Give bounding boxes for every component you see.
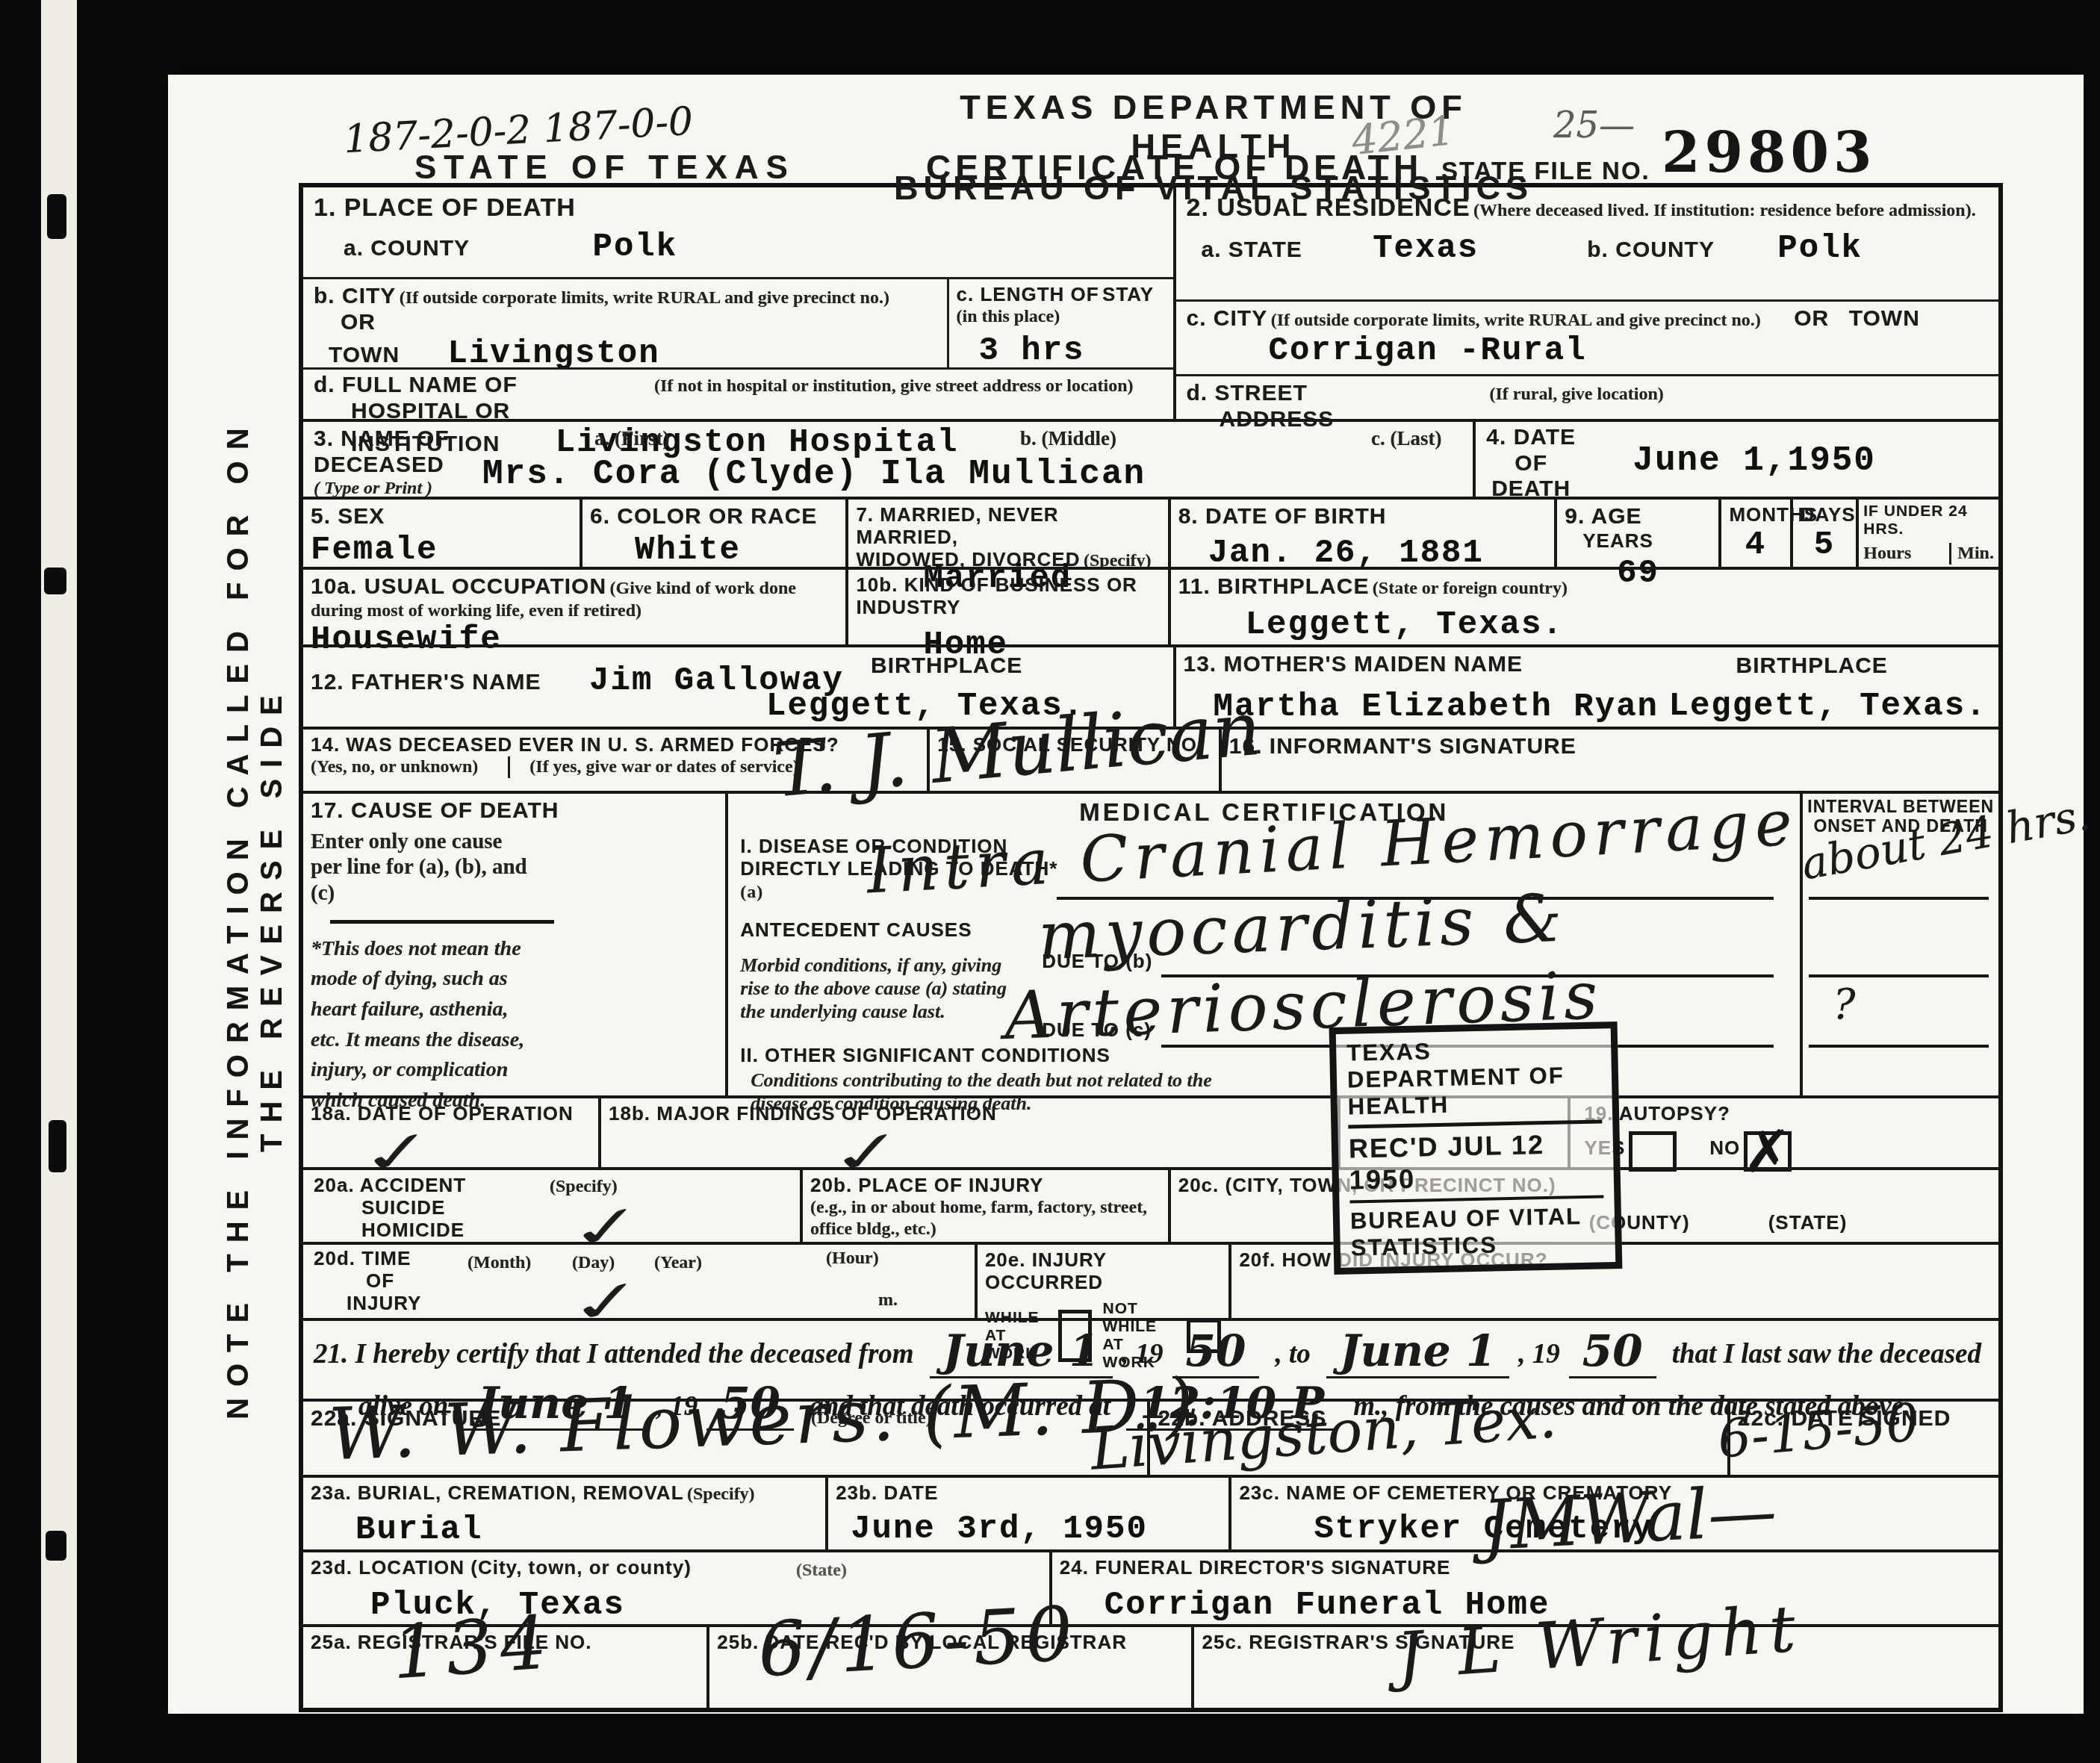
s1-hospital-label: d. FULL NAME OF bbox=[314, 373, 518, 397]
section-date-of-birth: 8. DATE OF BIRTH Jan. 26, 1881 bbox=[1168, 500, 1555, 567]
section-place-of-death: 1. PLACE OF DEATH a. COUNTY Polk b. CITY… bbox=[303, 187, 1173, 419]
s20d-hour: (Hour) bbox=[826, 1248, 879, 1269]
s11-value: Leggett, Texas. bbox=[1246, 606, 1991, 644]
s2-state-value: Texas bbox=[1373, 230, 1479, 267]
s9-days-label: DAYS bbox=[1801, 504, 1849, 526]
registrar-date-handwriting: 6/16-50 bbox=[756, 1590, 1079, 1694]
s20d-day: (Day) bbox=[572, 1252, 615, 1274]
section-marital-status: 7. MARRIED, NEVER MARRIED, WIDOWED, DIVO… bbox=[845, 500, 1167, 567]
s23a-label: 23a. BURIAL, CREMATION, REMOVAL bbox=[311, 1481, 684, 1504]
scan-artifact bbox=[47, 194, 66, 239]
received-stamp: TEXAS DEPARTMENT OF HEALTH REC'D JUL 12 … bbox=[1329, 1022, 1623, 1275]
s23a-value: Burial bbox=[355, 1511, 818, 1549]
section-injury-occurred: 20e. INJURY OCCURRED WHILE AT WORK NOT W… bbox=[975, 1245, 1229, 1318]
section-time-of-injury: 20d. TIME OF INJURY (Month) (Day) (Year)… bbox=[303, 1245, 975, 1318]
scan-artifact bbox=[49, 1120, 66, 1172]
s17-sub: Enter only one cause per line for (a), (… bbox=[311, 829, 535, 907]
s20a-label1: 20a. ACCIDENT bbox=[314, 1175, 466, 1197]
s9-days-value: 5 bbox=[1801, 526, 1849, 564]
s1-stay-label: c. LENGTH OF bbox=[957, 283, 1099, 305]
section-usual-residence: 2. USUAL RESIDENCE (Where deceased lived… bbox=[1173, 187, 1998, 419]
s1-city-label: b. CITY bbox=[314, 284, 396, 308]
scan-edge-strip bbox=[41, 0, 77, 1763]
s23b-value: June 3rd, 1950 bbox=[851, 1511, 1221, 1548]
s1-county-label: a. COUNTY bbox=[344, 236, 470, 261]
section-accident-suicide: 20a. ACCIDENT SUICIDE HOMICIDE (Specify)… bbox=[303, 1170, 800, 1242]
s9-months-label: MONTHS bbox=[1729, 504, 1782, 526]
s11-note: (State or foreign country) bbox=[1373, 579, 1568, 598]
s20d-label: 20d. TIME bbox=[314, 1248, 421, 1270]
s20a-label2: SUICIDE bbox=[361, 1197, 466, 1219]
s13-birthplace-label: BIRTHPLACE bbox=[1736, 653, 1888, 680]
s17-antecedent-note: Morbid conditions, if any, giving rise t… bbox=[740, 954, 1031, 1024]
s1-stay-note: (in this place) bbox=[957, 307, 1060, 326]
section-occupation: 10a. USUAL OCCUPATION (Give kind of work… bbox=[303, 570, 845, 644]
section-sex: 5. SEX Female bbox=[303, 500, 580, 567]
s1-hospital-note: (If not in hospital or institution, give… bbox=[654, 376, 1134, 397]
section-informant: 16. INFORMANT'S SIGNATURE bbox=[1219, 730, 1998, 791]
s4-label: 4. DATE bbox=[1486, 425, 1576, 451]
s4-label2: OF bbox=[1486, 451, 1576, 477]
s10b-label: 10b. KIND OF BUSINESS OR INDUSTRY bbox=[856, 574, 1160, 619]
s13-label: 13. MOTHER'S MAIDEN NAME bbox=[1184, 652, 1523, 677]
section-burial-date: 23b. DATE June 3rd, 1950 bbox=[825, 1478, 1228, 1549]
s20a-label3: HOMICIDE bbox=[361, 1219, 466, 1242]
s4-value: June 1,1950 bbox=[1633, 441, 1876, 480]
autopsy-yes-checkbox bbox=[1629, 1131, 1677, 1172]
section-color-race: 6. COLOR OR RACE White bbox=[580, 500, 845, 567]
section-mother: 13. MOTHER'S MAIDEN NAME BIRTHPLACE Mart… bbox=[1173, 647, 1998, 727]
s13-birthplace-value: Leggett, Texas. bbox=[1669, 688, 1987, 725]
s9-years-label: YEARS bbox=[1582, 529, 1653, 552]
registrar-file-no-handwriting: 134 bbox=[389, 1600, 556, 1697]
s2-city-value: Corrigan -Rural bbox=[1269, 332, 1587, 370]
s8-label: 8. DATE OF BIRTH bbox=[1178, 504, 1547, 530]
stamp-line3: BUREAU OF VITAL STATISTICS bbox=[1349, 1195, 1605, 1261]
section-age-months: MONTHS 4 bbox=[1718, 500, 1789, 567]
s20d-label2: OF bbox=[366, 1270, 421, 1293]
section-autopsy: 19. AUTOPSY? YES NO ✗ bbox=[1568, 1098, 1998, 1167]
s9-months-value: 4 bbox=[1729, 526, 1782, 564]
section-name-of-deceased: 3. NAME OF DECEASED ( Type or Print ) a.… bbox=[303, 422, 1473, 497]
s5-value: Female bbox=[311, 532, 572, 569]
s19-no-label: NO bbox=[1709, 1137, 1740, 1159]
s1-title: 1. PLACE OF DEATH bbox=[314, 193, 576, 222]
s1-stay-value: 3 hrs bbox=[979, 332, 1166, 370]
s20d-label3: INJURY bbox=[347, 1293, 421, 1315]
s17-label: 17. CAUSE OF DEATH bbox=[311, 798, 718, 824]
s1-city-note: (If outside corporate limits, write RURA… bbox=[400, 288, 889, 308]
s12-label: 12. FATHER'S NAME bbox=[311, 670, 541, 694]
s8-value: Jan. 26, 1881 bbox=[1208, 535, 1547, 572]
s6-label: 6. COLOR OR RACE bbox=[590, 504, 838, 530]
s20e-label: 20e. INJURY OCCURRED bbox=[985, 1249, 1222, 1294]
interval-question-mark: ? bbox=[1833, 980, 1855, 1029]
section-age-years: 9. AGE YEARS 69 bbox=[1554, 500, 1718, 567]
s17-a-tag: (a) bbox=[740, 883, 763, 902]
scan-artifact bbox=[44, 568, 66, 594]
s18a-label: 18a. DATE OF OPERATION bbox=[311, 1103, 591, 1125]
state-file-number: 29803 bbox=[1662, 121, 1876, 185]
s20d-month: (Month) bbox=[467, 1252, 531, 1274]
s1-stay-label2: STAY bbox=[1102, 283, 1154, 305]
s23d-label: 23d. LOCATION (City, town, or county) bbox=[311, 1556, 692, 1579]
s2-county-label: b. COUNTY bbox=[1587, 237, 1715, 262]
s21-hw-to: June 1 bbox=[1326, 1325, 1509, 1378]
scan-artifact bbox=[46, 1531, 66, 1561]
s7-label: 7. MARRIED, NEVER MARRIED, bbox=[856, 504, 1160, 549]
s11-label: 11. BIRTHPLACE bbox=[1178, 574, 1370, 599]
section-burial: 23a. BURIAL, CREMATION, REMOVAL (Specify… bbox=[303, 1478, 825, 1549]
autopsy-no-checkbox: ✗ bbox=[1744, 1131, 1792, 1172]
section-age-days: DAYS 5 bbox=[1790, 500, 1857, 567]
s6-value: White bbox=[635, 532, 838, 569]
s20b-label: 20b. PLACE OF INJURY bbox=[810, 1174, 1043, 1196]
s17-note: *This does not mean the mode of dying, s… bbox=[311, 934, 542, 1116]
s21-p19b: , 19 bbox=[1518, 1339, 1560, 1369]
reverse-side-note: NOTE THE INFORMATION CALLED FOR ON THE R… bbox=[222, 396, 289, 1441]
s2-street-label: d. STREET bbox=[1187, 381, 1308, 405]
section-age-under24: IF UNDER 24 HRS. Hours Min. bbox=[1856, 500, 1998, 567]
s2-city-or: OR bbox=[1794, 306, 1829, 332]
s2-street-note: (If rural, give location) bbox=[1490, 384, 1664, 405]
s23b-label: 23b. DATE bbox=[836, 1481, 938, 1504]
handwritten-number-25: 25— bbox=[1553, 105, 1635, 146]
s9-under-label: IF UNDER 24 HRS. bbox=[1863, 503, 1994, 538]
scanned-death-certificate: 187-2-0-2 187-0-0 TEXAS DEPARTMENT OF HE… bbox=[0, 0, 2100, 1763]
s2-city-town: TOWN bbox=[1849, 306, 1920, 332]
s9-min-label: Min. bbox=[1949, 543, 1994, 565]
line-interval-b bbox=[1809, 974, 1989, 977]
s14-note1: (Yes, no, or unknown) bbox=[311, 756, 478, 778]
s12-birthplace-label: BIRTHPLACE bbox=[871, 653, 1022, 680]
s20b-note: (e.g., in or about home, farm, factory, … bbox=[810, 1197, 1161, 1240]
s10a-label: 10a. USUAL OCCUPATION bbox=[311, 574, 606, 599]
s1-city-town: TOWN bbox=[329, 343, 400, 369]
s21-text1: I hereby certify that I attended the dec… bbox=[355, 1339, 914, 1369]
section-major-findings: 18b. MAJOR FINDINGS OF OPERATION ✓ bbox=[598, 1098, 1338, 1167]
certificate-page: 187-2-0-2 187-0-0 TEXAS DEPARTMENT OF HE… bbox=[168, 75, 2084, 1714]
s9-hours-label: Hours bbox=[1863, 543, 1949, 565]
s2-city-note: (If outside corporate limits, write RURA… bbox=[1271, 311, 1761, 330]
s3-title: 3. NAME OF bbox=[314, 426, 538, 453]
s20a-note: (Specify) bbox=[550, 1176, 618, 1198]
s20d-m: m. bbox=[878, 1290, 898, 1311]
s20c-state-label: (STATE) bbox=[1768, 1212, 1848, 1234]
line-interval-c bbox=[1809, 1045, 1989, 1048]
s1-county-value: Polk bbox=[592, 228, 677, 266]
section-business: 10b. KIND OF BUSINESS OR INDUSTRY Home bbox=[845, 570, 1167, 644]
s21-text2: , to bbox=[1276, 1339, 1311, 1369]
header-title: CERTIFICATE OF DEATH bbox=[926, 148, 1423, 187]
s16-label: 16. INFORMANT'S SIGNATURE bbox=[1229, 734, 1991, 760]
s21-hw-yb: 50 bbox=[1569, 1325, 1656, 1378]
s1-city-or: OR bbox=[341, 310, 936, 336]
s13-value: Martha Elizabeth Ryan bbox=[1214, 688, 1659, 726]
s9-label: 9. AGE bbox=[1565, 504, 1641, 529]
funeral-director-signature-handwriting: JMWal— bbox=[1480, 1471, 1778, 1566]
section-cause-left: 17. CAUSE OF DEATH Enter only one cause … bbox=[303, 794, 725, 1095]
s17-antecedent-label: ANTECEDENT CAUSES bbox=[740, 919, 972, 942]
s23a-note: (Specify) bbox=[687, 1484, 755, 1504]
stamp-line2: REC'D JUL 12 1950 bbox=[1348, 1123, 1603, 1200]
stamp-line1: TEXAS DEPARTMENT OF HEALTH bbox=[1346, 1034, 1602, 1128]
s24-label: 24. FUNERAL DIRECTOR'S SIGNATURE bbox=[1060, 1556, 1451, 1579]
s14-note2: (If yes, give war or dates of service) bbox=[508, 756, 798, 778]
state-file-no-label: STATE FILE NO. bbox=[1441, 157, 1650, 185]
header-state: STATE OF TEXAS bbox=[414, 149, 795, 187]
section-date-of-operation: 18a. DATE OF OPERATION ✓ bbox=[303, 1098, 598, 1167]
s3-name-value: Mrs. Cora (Clyde) Ila Mullican bbox=[482, 455, 1146, 494]
s3-first-label: a. (First) bbox=[594, 426, 669, 450]
s21-num: 21. bbox=[314, 1339, 348, 1369]
s3-last-label: c. (Last) bbox=[1371, 426, 1441, 450]
section-birthplace: 11. BIRTHPLACE (State or foreign country… bbox=[1168, 570, 1998, 644]
s21-text3: that I last saw the deceased bbox=[1672, 1339, 1981, 1369]
s2-county-value: Polk bbox=[1777, 230, 1863, 267]
section-place-of-injury: 20b. PLACE OF INJURY (e.g., in or about … bbox=[800, 1170, 1168, 1242]
s2-city-label: c. CITY bbox=[1187, 306, 1268, 331]
s3-middle-label: b. (Middle) bbox=[1020, 426, 1116, 450]
s23d-state-note: (State) bbox=[796, 1560, 847, 1582]
section-date-of-death: 4. DATE OF DEATH June 1,1950 bbox=[1473, 422, 1998, 497]
s2-state-label: a. STATE bbox=[1202, 237, 1302, 262]
line-interval-a bbox=[1809, 897, 1989, 900]
s5-label: 5. SEX bbox=[311, 504, 572, 530]
s18b-label: 18b. MAJOR FINDINGS OF OPERATION bbox=[609, 1103, 1330, 1125]
s20d-year: (Year) bbox=[654, 1252, 702, 1274]
